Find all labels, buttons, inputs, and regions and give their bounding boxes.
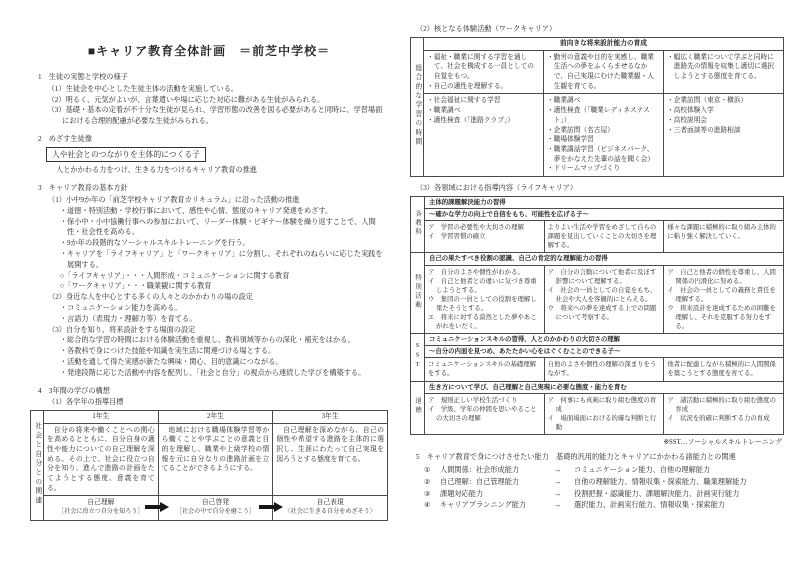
work-activities-grade-1: ・社会福祉に関する学習 ・職業調べ ・適性検査（「進路クラブ」）	[424, 94, 544, 177]
goal-grade-2: 地域における職場体験学習等から働くことや学ぶことの意義と目的を理解し、職業や上級…	[158, 423, 273, 495]
section-2-subtext: 人とかかわる力をつけ、生きる力をつけるキャリア教育の推進	[30, 165, 388, 176]
goals-col-header-3: 3年生	[273, 411, 388, 424]
work-side-label: 総合的な学習の時間	[411, 37, 424, 176]
special-activities-grade-1: ア 自分のよさや個性がわかる。 イ 自己と他者との違いに気づき尊重しようとする。…	[425, 265, 545, 334]
section-4: 4 3年間の学びの構想 （1）各学年の指導目標 社会と自分との関連 1年生 2年…	[30, 386, 388, 521]
sst-grade-3: 他者に配慮しながら積極的に人間関係を築こうとする態度を育てる。	[664, 358, 784, 381]
section-3-sub-3-item: ・活動を通して得た実感が新たな興味・関心、目的意識につながる。	[30, 357, 388, 368]
ability-detail: 役割把握・認識能力、課題解決能力、計画実行能力	[574, 489, 784, 500]
page-left: ■キャリア教育全体計画 ＝前芝中学校＝ 1 生徒の実態と学校の様子 （1）生徒会…	[30, 28, 388, 528]
ability-detail: 選択能力、計画実行能力、情報収集・探索能力	[574, 500, 784, 511]
section-3-sub-3-item: ・発達段階に応じた活動や内容を配列し、「社会と自分」の視点から連続した学びを構築…	[30, 368, 388, 379]
section-5-heading: 5 キャリア教育で身につけさせたい能力 基礎的汎用的能力とキャリアにかかわる諸能…	[410, 452, 784, 463]
section-1-item-2: （2）明るく、元気がよいが、言葉遣いや場に応じた対応に難がある生徒がみられる。	[30, 95, 388, 106]
ability-number: ②	[424, 477, 440, 488]
section-3: 3 キャリア教育の基本方針 （1）小中9か年の「前芝学校キャリア教育カリキュラム…	[30, 183, 388, 378]
section-3-sub-1-item: ○「ライフキャリア」・・・人間形成・コミュニケーションに関する教育	[30, 271, 388, 282]
subjects-grade-1: ア 学習の必要性や大切さの理解 イ 学習習慣の確立	[425, 221, 545, 253]
goals-side-label: 社会と自分との関連	[31, 411, 44, 520]
special-activities-grade-3: ア 自己と他者の個性を尊重し、人間関係の円滑化に努める。 イ 社会の一員としての…	[664, 265, 784, 334]
ability-name: 人間関係：社会形成能力	[440, 465, 554, 476]
section-3-sub-2-item: ・コミュニケーション能力を高める。	[30, 303, 388, 314]
section-2: 2 めざす生徒像 人や社会とのつながりを主体的につくる子 人とかかわる力をつけ、…	[30, 134, 388, 176]
section-2-heading: 2 めざす生徒像	[30, 134, 388, 145]
section-3-sub-2-item: ・言語力（表現力・理解力等）を育てる。	[30, 314, 388, 325]
goals-col-header-1: 1年生	[44, 411, 159, 424]
moral-side-label: 道徳	[411, 381, 425, 434]
moral-band: 生き方について学び、自己理解と自己実現に必要な態度・能力を育む	[425, 381, 784, 393]
ability-detail: 自他の理解能力、情報収集・探索能力、職業理解能力	[574, 477, 784, 488]
moral-grade-2: ア 何事にも真剣に取り組む態度の育成 イ 場面場面における的確な判断と行動	[544, 393, 664, 434]
sst-grade-1: コミュニケーションスキルの基礎理解をする。	[425, 358, 545, 381]
arrow-icon: →	[554, 489, 574, 500]
goals-col-header-2: 2年生	[158, 411, 273, 424]
ability-row-2: ② 自己理解：自己管理能力 → 自他の理解能力、情報収集・探索能力、職業理解能力	[410, 477, 784, 488]
ability-row-3: ③ 課題対応能力 → 役割把握・認識能力、課題解決能力、計画実行能力	[410, 489, 784, 500]
ability-row-1: ① 人間関係：社会形成能力 → コミュニケーション能力、自他の理解能力	[410, 465, 784, 476]
subjects-band-1: 主体的課題解決能力の習得	[425, 196, 784, 208]
arrow-icon: →	[554, 477, 574, 488]
goal-grade-1: 自分の将来や働くことへの関心を高めるとともに、自分自身の適性や能力についての自己…	[44, 423, 159, 495]
section-3-sub-1-item: ○「ワークキャリア」・・・職業観に関する教育	[30, 281, 388, 292]
work-activities-grade-2: ・職業調べ ・適性検査（「職業レディネステスト」） ・企業訪問（名古屋） ・職場…	[544, 94, 664, 177]
life-career-table: 各教科 主体的課題解決能力の習得 ～確かな学力の向上で自信をもち、可能性を広げる…	[410, 196, 784, 435]
subjects-band-2: ～確かな学力の向上で自信をもち、可能性を広げる子～	[425, 209, 784, 221]
section-3-sub-3-item: ・各教科で身につけた技能や知識を実生活に関連づける場とする。	[30, 346, 388, 357]
subjects-side-label: 各教科	[411, 196, 425, 252]
ability-name: 課題対応能力	[440, 489, 554, 500]
keyword-grade-1: 自己理解 ［社会に役立つ自分を知ろう］	[44, 496, 159, 520]
section-3-sub-1-item: ・保小中・小中協働行事への参加において、リーダー体験・ビギナー体験を繰り返すこと…	[30, 217, 388, 239]
section-3-sub-2-heading: （2）身近な人を中心とする多くの人々とのかかわりの場の設定	[30, 292, 388, 303]
ability-name: 自己理解：自己管理能力	[440, 477, 554, 488]
grade-goals-table: 社会と自分との関連 1年生 2年生 3年生 自分の将来や働くことへの関心を高める…	[30, 410, 388, 520]
grade-goals-table-wrap: 社会と自分との関連 1年生 2年生 3年生 自分の将来や働くことへの関心を高める…	[30, 410, 388, 520]
work-aim-grade-3: ・幅広く職業について学ぶと同時に進路先の情報を収集し適切に選択しようとする態度を…	[664, 50, 784, 94]
sst-band-1: コミュニケーションスキルの習得、人とのかかわりの大切さの理解	[425, 334, 784, 346]
section-1-heading: 1 生徒の実態と学校の様子	[30, 72, 388, 83]
ability-name: キャリアプランニング能力	[440, 500, 554, 511]
ability-detail: コミュニケーション能力、自他の理解能力	[574, 465, 784, 476]
ability-number: ④	[424, 500, 440, 511]
keyword-grade-2: 自己啓発 ［社会の中で自分を磨こう］	[158, 496, 273, 520]
subjects-grade-2: よりよい生活や学習をめざして自らの課題を見出していくことの大切さを理解する。	[544, 221, 664, 253]
sst-grade-2: 自他のよさや個性の理解の深まりをうながす。	[544, 358, 664, 381]
sst-footnote: ※SST…ソーシャルスキルトレーニング	[410, 438, 782, 448]
section-4-heading: 4 3年間の学びの構想	[30, 386, 388, 397]
subjects-grade-3: 様々な課題に積極的に取り組み主体的に粘り強く解決していく。	[664, 221, 784, 253]
ability-row-4: ④ キャリアプランニング能力 → 選択能力、計画実行能力、情報収集・探索能力	[410, 500, 784, 511]
special-activities-grade-2: ア 自分の言動について他者に及ぼす影響について理解する。 イ 社会の一員としての…	[544, 265, 664, 334]
section-3-sub-1-item: ・道徳・特別活動・学校行事において、感性や心情、態度のキャリア発達をめざす。	[30, 206, 388, 217]
page-right: （2）核となる体験活動（ワークキャリア） 総合的な学習の時間 前向きな将来設計能…	[410, 22, 784, 512]
section-1: 1 生徒の実態と学校の様子 （1）生徒会を中心とした生徒主体の活動を実施している…	[30, 72, 388, 127]
work-career-heading: （2）核となる体験活動（ワークキャリア）	[410, 24, 784, 35]
arrow-icon: →	[554, 500, 574, 511]
work-aim-grade-1: ・福祉・職業に関する学習を通して、社会を構成する一員としての自覚をもつ。 ・自己…	[424, 50, 544, 94]
life-career-heading: （3）各領域における指導内容（ライフキャリア）	[410, 183, 784, 194]
moral-grade-1: ア 規則正しい学校生活づくり イ 学級、学年の仲間を思いやることの大切さの理解	[425, 393, 545, 434]
section-3-heading: 3 キャリア教育の基本方針	[30, 183, 388, 194]
keyword-grade-3: 自己表現 〈社会に生きる自分をめざそう〉	[273, 496, 388, 520]
ability-number: ③	[424, 489, 440, 500]
document-title: ■キャリア教育全体計画 ＝前芝中学校＝	[30, 42, 388, 60]
work-career-table: 総合的な学習の時間 前向きな将来設計能力の育成 ・福祉・職業に関する学習を通して…	[410, 37, 784, 177]
target-student-box: 人や社会とのつながりを主体的につくる子	[46, 147, 206, 163]
goal-grade-3: 自己理解を深めながら、自己の個性や希望する進路を主体的に選択し、生涯にわたって自…	[273, 423, 388, 495]
special-activities-side-label: 特別活動	[411, 253, 425, 334]
section-3-sub-1-item: ・キャリアを「ライフキャリア」と「ワークキャリア」に分割し、それぞれのねらいに応…	[30, 249, 388, 271]
moral-grade-3: ア 諸活動に積極的に取り組む態度の育成 イ 状況を的確に判断する力の育成	[664, 393, 784, 434]
work-activities-grade-3: ・企業訪問（東京・横浜） ・高校体験入学 ・高校説明会 ・三者面談等の進路相談	[664, 94, 784, 177]
section-3-sub-1-heading: （1）小中9か年の「前芝学校キャリア教育カリキュラム」に沿った活動の推進	[30, 195, 388, 206]
right-arrow-icon	[259, 502, 284, 512]
special-activities-band: 自己の果たすべき役割の認識、自己の肯定的な理解能力の習得	[425, 253, 784, 265]
arrow-icon: →	[554, 465, 574, 476]
section-1-item-3: （3）基礎・基本の定着が不十分な生徒が見られ、学習形態の改善を図る必要があると同…	[30, 105, 388, 127]
section-3-sub-3-item: ・総合的な学習の時間における体験活動を重視し、教科領域等からの深化・補充をはかる…	[30, 335, 388, 346]
right-arrow-icon	[145, 502, 170, 512]
sst-side-label: SST	[411, 334, 425, 381]
ability-number: ①	[424, 465, 440, 476]
section-4-sub-heading: （1）各学年の指導目標	[30, 397, 388, 408]
work-aim-grade-2: ・勤労の意義や目的を実感し、職業生活への夢をふくらませるなかで、自己実現にむけた…	[544, 50, 664, 94]
section-3-sub-3-heading: （3）自分を知り、将来設計をする場面の設定	[30, 325, 388, 336]
section-3-sub-1-item: ・9か年の段階的なソーシャルスキルトレーニングを行う。	[30, 238, 388, 249]
sst-band-2: ～自分の内面を見つめ、あたたかい心をはぐくむことのできる子～	[425, 346, 784, 358]
work-table-header: 前向きな将来設計能力の育成	[424, 37, 784, 50]
section-1-item-1: （1）生徒会を中心とした生徒主体の活動を実施している。	[30, 84, 388, 95]
